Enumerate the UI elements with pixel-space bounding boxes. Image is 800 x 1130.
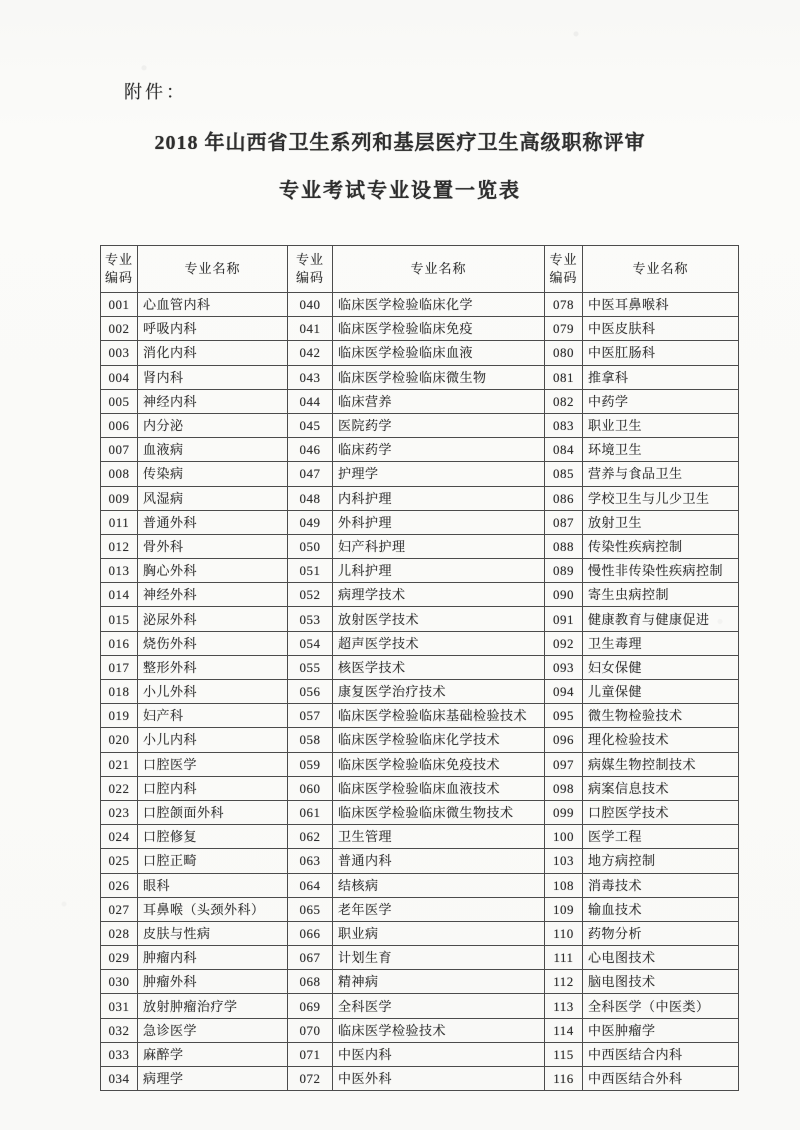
specialty-name-cell: 中医内科 [333,1042,545,1066]
specialty-code-cell: 019 [101,704,138,728]
specialty-code-cell: 006 [101,413,138,437]
specialty-code-cell: 084 [545,438,583,462]
document-title-line1: 2018 年山西省卫生系列和基层医疗卫生高级职称评审 [0,126,800,155]
table-row: 014神经外科052病理学技术090寄生虫病控制 [101,583,739,607]
specialty-code-cell: 033 [101,1042,138,1066]
specialty-name-cell: 中医皮肤科 [583,317,739,341]
specialty-code-cell: 050 [288,534,333,558]
specialty-name-cell: 胸心外科 [138,559,288,583]
specialty-name-cell: 超声医学技术 [333,631,545,655]
specialty-code-cell: 109 [545,897,583,921]
specialty-name-cell: 康复医学治疗技术 [333,680,545,704]
specialty-name-cell: 地方病控制 [583,849,739,873]
specialty-code-cell: 096 [545,728,583,752]
specialty-code-cell: 013 [101,559,138,583]
specialty-name-cell: 病案信息技术 [583,776,739,800]
table-row: 017整形外科055核医学技术093妇女保健 [101,655,739,679]
specialty-name-cell: 临床医学检验临床化学技术 [333,728,545,752]
specialty-name-cell: 口腔医学 [138,752,288,776]
specialty-code-cell: 089 [545,559,583,583]
specialty-code-cell: 065 [288,897,333,921]
specialty-name-cell: 临床药学 [333,438,545,462]
specialty-name-cell: 中西医结合外科 [583,1067,739,1091]
specialty-code-cell: 078 [545,293,583,317]
specialty-code-cell: 018 [101,680,138,704]
specialty-code-cell: 059 [288,752,333,776]
specialty-name-cell: 心电图技术 [583,946,739,970]
table-row: 011普通外科049外科护理087放射卫生 [101,510,739,534]
specialty-code-cell: 072 [288,1067,333,1091]
specialty-name-cell: 病理学技术 [333,583,545,607]
specialty-code-cell: 040 [288,293,333,317]
specialty-code-cell: 053 [288,607,333,631]
header-name-cell: 专业名称 [583,246,739,293]
specialty-code-cell: 116 [545,1067,583,1091]
specialty-name-cell: 微生物检验技术 [583,704,739,728]
specialty-code-cell: 021 [101,752,138,776]
specialty-name-cell: 理化检验技术 [583,728,739,752]
specialty-name-cell: 医学工程 [583,825,739,849]
specialty-name-cell: 妇产科护理 [333,534,545,558]
specialty-name-cell: 风湿病 [138,486,288,510]
specialty-name-cell: 临床医学检验临床免疫 [333,317,545,341]
specialty-code-cell: 063 [288,849,333,873]
table-row: 019妇产科057临床医学检验临床基础检验技术095微生物检验技术 [101,704,739,728]
specialty-name-cell: 小儿外科 [138,680,288,704]
specialty-code-cell: 028 [101,921,138,945]
specialty-code-cell: 086 [545,486,583,510]
specialty-code-cell: 014 [101,583,138,607]
specialty-name-cell: 骨外科 [138,534,288,558]
specialty-code-cell: 022 [101,776,138,800]
table-row: 020小儿内科058临床医学检验临床化学技术096理化检验技术 [101,728,739,752]
specialty-code-cell: 026 [101,873,138,897]
specialty-code-cell: 064 [288,873,333,897]
specialty-code-cell: 029 [101,946,138,970]
specialty-code-cell: 098 [545,776,583,800]
specialty-name-cell: 口腔颌面外科 [138,800,288,824]
specialty-name-cell: 肿瘤外科 [138,970,288,994]
specialty-code-cell: 020 [101,728,138,752]
header-code-cell: 专业 编码 [288,246,333,293]
specialty-code-cell: 005 [101,389,138,413]
header-name-cell: 专业名称 [138,246,288,293]
specialty-name-cell: 中西医结合内科 [583,1042,739,1066]
specialty-name-cell: 卫生毒理 [583,631,739,655]
specialty-name-cell: 临床医学检验临床血液技术 [333,776,545,800]
specialty-code-cell: 043 [288,365,333,389]
specialty-code-cell: 111 [545,946,583,970]
document-title-line2: 专业考试专业设置一览表 [0,174,800,203]
specialty-code-cell: 025 [101,849,138,873]
specialty-code-cell: 071 [288,1042,333,1066]
specialty-name-cell: 口腔正畸 [138,849,288,873]
specialty-name-cell: 临床医学检验临床免疫技术 [333,752,545,776]
specialty-code-cell: 094 [545,680,583,704]
specialty-name-cell: 放射卫生 [583,510,739,534]
specialty-code-cell: 055 [288,655,333,679]
specialty-code-cell: 070 [288,1018,333,1042]
specialty-name-cell: 妇女保健 [583,655,739,679]
specialty-code-cell: 097 [545,752,583,776]
specialty-name-cell: 寄生虫病控制 [583,583,739,607]
specialty-name-cell: 皮肤与性病 [138,921,288,945]
specialty-name-cell: 眼科 [138,873,288,897]
specialty-code-cell: 041 [288,317,333,341]
table-row: 034病理学072中医外科116中西医结合外科 [101,1067,739,1091]
specialty-name-cell: 放射医学技术 [333,607,545,631]
specialty-code-cell: 042 [288,341,333,365]
header-name-cell: 专业名称 [333,246,545,293]
table-row: 025口腔正畸063普通内科103地方病控制 [101,849,739,873]
document-title: 2018 年山西省卫生系列和基层医疗卫生高级职称评审 专业考试专业设置一览表 [0,126,800,203]
specialty-code-cell: 115 [545,1042,583,1066]
specialty-name-cell: 内分泌 [138,413,288,437]
specialty-code-cell: 015 [101,607,138,631]
specialty-name-cell: 卫生管理 [333,825,545,849]
specialty-name-cell: 慢性非传染性疾病控制 [583,559,739,583]
specialty-name-cell: 老年医学 [333,897,545,921]
specialty-code-cell: 081 [545,365,583,389]
specialty-code-cell: 090 [545,583,583,607]
table-row: 013胸心外科051儿科护理089慢性非传染性疾病控制 [101,559,739,583]
specialty-name-cell: 职业病 [333,921,545,945]
specialty-code-cell: 095 [545,704,583,728]
specialty-name-cell: 口腔医学技术 [583,800,739,824]
specialty-name-cell: 结核病 [333,873,545,897]
specialty-code-cell: 061 [288,800,333,824]
specialty-name-cell: 小儿内科 [138,728,288,752]
table-row: 031放射肿瘤治疗学069全科医学113全科医学（中医类） [101,994,739,1018]
specialty-name-cell: 中医外科 [333,1067,545,1091]
specialty-name-cell: 环境卫生 [583,438,739,462]
specialty-name-cell: 整形外科 [138,655,288,679]
table-row: 026眼科064结核病108消毒技术 [101,873,739,897]
specialty-code-cell: 003 [101,341,138,365]
specialty-code-cell: 087 [545,510,583,534]
specialty-code-cell: 016 [101,631,138,655]
specialty-name-cell: 临床营养 [333,389,545,413]
specialty-code-cell: 100 [545,825,583,849]
specialty-code-cell: 082 [545,389,583,413]
specialty-code-cell: 004 [101,365,138,389]
specialty-code-cell: 069 [288,994,333,1018]
table-row: 027耳鼻喉（头颈外科）065老年医学109输血技术 [101,897,739,921]
specialty-code-cell: 034 [101,1067,138,1091]
specialty-name-cell: 精神病 [333,970,545,994]
specialty-code-cell: 056 [288,680,333,704]
specialty-name-cell: 儿童保健 [583,680,739,704]
specialty-name-cell: 神经内科 [138,389,288,413]
specialty-name-cell: 消化内科 [138,341,288,365]
specialty-code-cell: 012 [101,534,138,558]
specialty-code-cell: 067 [288,946,333,970]
specialty-name-cell: 中医肿瘤学 [583,1018,739,1042]
specialty-name-cell: 消毒技术 [583,873,739,897]
specialty-name-cell: 神经外科 [138,583,288,607]
specialty-code-cell: 046 [288,438,333,462]
specialty-code-cell: 002 [101,317,138,341]
specialty-name-cell: 耳鼻喉（头颈外科） [138,897,288,921]
specialty-name-cell: 烧伤外科 [138,631,288,655]
specialty-code-cell: 030 [101,970,138,994]
specialty-code-cell: 103 [545,849,583,873]
specialty-name-cell: 普通内科 [333,849,545,873]
table-row: 033麻醉学071中医内科115中西医结合内科 [101,1042,739,1066]
header-row: 专业 编码 专业名称 专业 编码 专业名称 专业 编码 专业名称 [101,246,739,293]
specialty-name-cell: 呼吸内科 [138,317,288,341]
specialty-code-cell: 027 [101,897,138,921]
table-row: 029肿瘤内科067计划生育111心电图技术 [101,946,739,970]
table-row: 023口腔颌面外科061临床医学检验临床微生物技术099口腔医学技术 [101,800,739,824]
specialty-name-cell: 临床医学检验临床化学 [333,293,545,317]
specialty-code-cell: 113 [545,994,583,1018]
specialty-code-cell: 091 [545,607,583,631]
specialty-name-cell: 职业卫生 [583,413,739,437]
specialty-code-cell: 052 [288,583,333,607]
specialty-name-cell: 推拿科 [583,365,739,389]
specialty-code-cell: 048 [288,486,333,510]
specialty-code-cell: 051 [288,559,333,583]
specialty-code-cell: 054 [288,631,333,655]
specialty-name-cell: 麻醉学 [138,1042,288,1066]
table-row: 012骨外科050妇产科护理088传染性疾病控制 [101,534,739,558]
specialty-code-cell: 066 [288,921,333,945]
specialty-code-cell: 099 [545,800,583,824]
specialty-name-cell: 外科护理 [333,510,545,534]
specialty-name-cell: 中医肛肠科 [583,341,739,365]
specialty-code-cell: 060 [288,776,333,800]
specialty-name-cell: 传染病 [138,462,288,486]
specialty-code-cell: 057 [288,704,333,728]
specialty-name-cell: 病媒生物控制技术 [583,752,739,776]
specialty-name-cell: 脑电图技术 [583,970,739,994]
specialty-code-cell: 047 [288,462,333,486]
specialty-code-cell: 007 [101,438,138,462]
specialty-code-cell: 080 [545,341,583,365]
specialty-code-cell: 110 [545,921,583,945]
specialty-name-cell: 核医学技术 [333,655,545,679]
specialty-name-cell: 临床医学检验临床微生物技术 [333,800,545,824]
table-row: 028皮肤与性病066职业病110药物分析 [101,921,739,945]
specialty-code-cell: 114 [545,1018,583,1042]
specialty-name-cell: 内科护理 [333,486,545,510]
specialty-name-cell: 口腔内科 [138,776,288,800]
specialty-code-cell: 009 [101,486,138,510]
specialty-name-cell: 血液病 [138,438,288,462]
specialty-code-cell: 085 [545,462,583,486]
specialty-name-cell: 心血管内科 [138,293,288,317]
table-row: 009风湿病048内科护理086学校卫生与儿少卫生 [101,486,739,510]
specialty-name-cell: 普通外科 [138,510,288,534]
table-row: 032急诊医学070临床医学检验技术114中医肿瘤学 [101,1018,739,1042]
specialty-name-cell: 泌尿外科 [138,607,288,631]
specialty-name-cell: 全科医学（中医类） [583,994,739,1018]
specialty-name-cell: 药物分析 [583,921,739,945]
specialty-code-cell: 088 [545,534,583,558]
specialty-code-cell: 017 [101,655,138,679]
specialty-code-cell: 058 [288,728,333,752]
specialty-name-cell: 护理学 [333,462,545,486]
table-row: 030肿瘤外科068精神病112脑电图技术 [101,970,739,994]
specialty-code-cell: 079 [545,317,583,341]
table-row: 008传染病047护理学085营养与食品卫生 [101,462,739,486]
table-row: 024口腔修复062卫生管理100医学工程 [101,825,739,849]
table-row: 003消化内科042临床医学检验临床血液080中医肛肠科 [101,341,739,365]
specialty-name-cell: 医院药学 [333,413,545,437]
specialty-code-cell: 045 [288,413,333,437]
specialty-table: 专业 编码 专业名称 专业 编码 专业名称 专业 编码 专业名称 001心血管内… [100,245,739,1091]
specialty-code-cell: 093 [545,655,583,679]
specialty-name-cell: 口腔修复 [138,825,288,849]
specialty-name-cell: 临床医学检验临床微生物 [333,365,545,389]
specialty-code-cell: 008 [101,462,138,486]
specialty-code-cell: 023 [101,800,138,824]
specialty-name-cell: 放射肿瘤治疗学 [138,994,288,1018]
specialty-name-cell: 营养与食品卫生 [583,462,739,486]
table-row: 018小儿外科056康复医学治疗技术094儿童保健 [101,680,739,704]
specialty-code-cell: 031 [101,994,138,1018]
specialty-code-cell: 092 [545,631,583,655]
specialty-name-cell: 儿科护理 [333,559,545,583]
table-row: 007血液病046临床药学084环境卫生 [101,438,739,462]
specialty-name-cell: 临床医学检验临床基础检验技术 [333,704,545,728]
specialty-code-cell: 011 [101,510,138,534]
table-row: 022口腔内科060临床医学检验临床血液技术098病案信息技术 [101,776,739,800]
specialty-code-cell: 083 [545,413,583,437]
table-row: 016烧伤外科054超声医学技术092卫生毒理 [101,631,739,655]
specialty-code-cell: 032 [101,1018,138,1042]
specialty-name-cell: 中医耳鼻喉科 [583,293,739,317]
specialty-name-cell: 全科医学 [333,994,545,1018]
table-row: 006内分泌045医院药学083职业卫生 [101,413,739,437]
specialty-name-cell: 临床医学检验临床血液 [333,341,545,365]
specialty-code-cell: 108 [545,873,583,897]
specialty-name-cell: 急诊医学 [138,1018,288,1042]
attachment-label: 附件： [124,78,187,104]
specialty-name-cell: 输血技术 [583,897,739,921]
specialty-code-cell: 001 [101,293,138,317]
table-header: 专业 编码 专业名称 专业 编码 专业名称 专业 编码 专业名称 [101,246,739,293]
header-code-cell: 专业 编码 [545,246,583,293]
specialty-name-cell: 临床医学检验技术 [333,1018,545,1042]
table-row: 001心血管内科040临床医学检验临床化学078中医耳鼻喉科 [101,293,739,317]
header-code-cell: 专业 编码 [101,246,138,293]
specialty-code-cell: 062 [288,825,333,849]
specialty-name-cell: 健康教育与健康促进 [583,607,739,631]
table-row: 021口腔医学059临床医学检验临床免疫技术097病媒生物控制技术 [101,752,739,776]
specialty-name-cell: 病理学 [138,1067,288,1091]
specialty-name-cell: 计划生育 [333,946,545,970]
specialty-code-cell: 112 [545,970,583,994]
specialty-code-cell: 044 [288,389,333,413]
specialty-name-cell: 传染性疾病控制 [583,534,739,558]
specialty-name-cell: 中药学 [583,389,739,413]
table-row: 015泌尿外科053放射医学技术091健康教育与健康促进 [101,607,739,631]
specialty-code-cell: 024 [101,825,138,849]
specialty-code-cell: 049 [288,510,333,534]
specialty-name-cell: 肿瘤内科 [138,946,288,970]
specialty-name-cell: 妇产科 [138,704,288,728]
table-body: 001心血管内科040临床医学检验临床化学078中医耳鼻喉科002呼吸内科041… [101,293,739,1091]
table-row: 002呼吸内科041临床医学检验临床免疫079中医皮肤科 [101,317,739,341]
specialty-name-cell: 肾内科 [138,365,288,389]
specialty-name-cell: 学校卫生与儿少卫生 [583,486,739,510]
table-row: 005神经内科044临床营养082中药学 [101,389,739,413]
table-row: 004肾内科043临床医学检验临床微生物081推拿科 [101,365,739,389]
specialty-code-cell: 068 [288,970,333,994]
